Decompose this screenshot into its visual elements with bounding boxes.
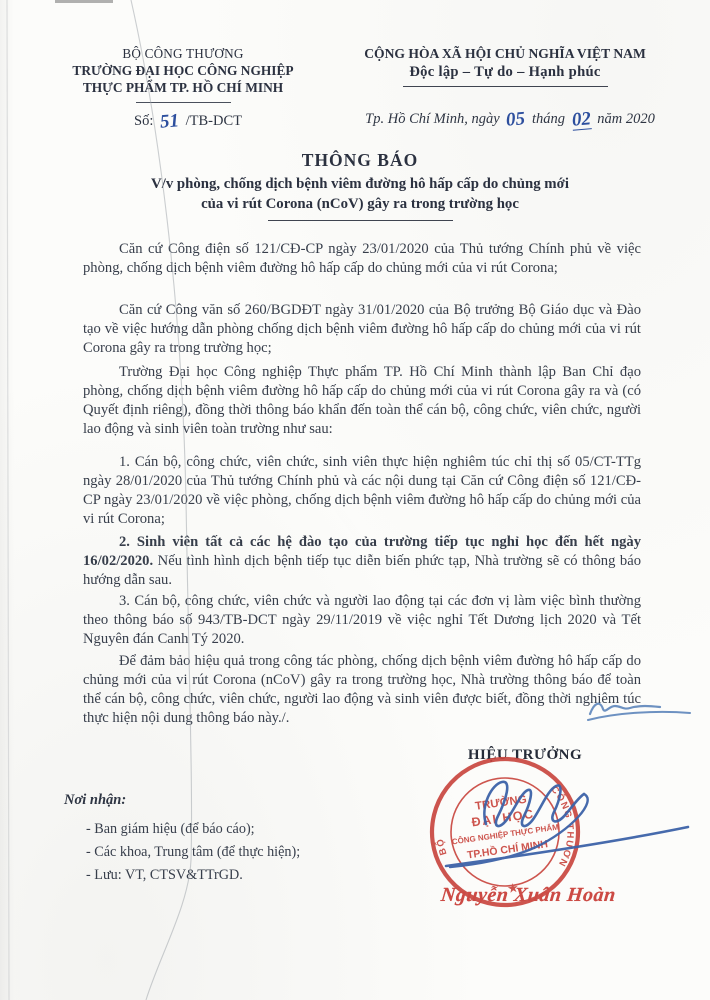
item-2-regular-text: Nếu tình hình dịch bệnh tiếp tục diễn bi… bbox=[83, 553, 641, 588]
issuer-block: BỘ CÔNG THƯƠNG TRƯỜNG ĐẠI HỌC CÔNG NGHIỆ… bbox=[52, 46, 314, 103]
number-label: Số: bbox=[134, 113, 153, 129]
number-suffix: /TB-DCT bbox=[186, 113, 242, 129]
recipient-item: - Ban giám hiệu (để báo cáo); bbox=[86, 818, 300, 841]
republic-name: CỘNG HÒA XÃ HỘI CHỦ NGHĨA VIỆT NAM bbox=[330, 46, 680, 62]
recipient-item: - Các khoa, Trung tâm (để thực hiện); bbox=[86, 841, 300, 864]
motto-divider bbox=[403, 86, 608, 87]
page-edge-line bbox=[7, 0, 9, 1000]
handwritten-number: 51 bbox=[159, 111, 180, 132]
handwritten-day: 05 bbox=[506, 109, 527, 130]
paragraph-basis-1: Căn cứ Công điện số 121/CĐ-CP ngày 23/01… bbox=[83, 240, 641, 278]
pen-initial-mark bbox=[586, 698, 694, 726]
document-subject-line1: V/v phòng, chống dịch bệnh viêm đường hô… bbox=[80, 175, 640, 195]
paragraph-item-1: 1. Cán bộ, công chức, viên chức, sinh vi… bbox=[83, 453, 641, 529]
issuer-divider bbox=[136, 102, 231, 103]
signer-name: Nguyễn Xuân Hoàn bbox=[440, 884, 617, 907]
ministry-name: BỘ CÔNG THƯƠNG bbox=[52, 46, 314, 62]
recipient-item: - Lưu: VT, CTSV&TTrGD. bbox=[86, 864, 300, 887]
university-name-line1: TRƯỜNG ĐẠI HỌC CÔNG NGHIỆP bbox=[52, 63, 314, 79]
paragraph-basis-2: Căn cứ Công văn số 260/BGDĐT ngày 31/01/… bbox=[83, 301, 641, 358]
national-header: CỘNG HÒA XÃ HỘI CHỦ NGHĨA VIỆT NAM Độc l… bbox=[330, 46, 680, 87]
date-mid: tháng bbox=[532, 111, 565, 127]
document-subject-line2: của vi rút Corona (nCoV) gây ra trong tr… bbox=[80, 195, 640, 215]
paragraph-closing: Để đảm bảo hiệu quả trong công tác phòng… bbox=[83, 652, 641, 728]
handwritten-month: 02 bbox=[571, 109, 592, 131]
date-line: Tp. Hồ Chí Minh, ngày 05 tháng 02 năm 20… bbox=[336, 110, 684, 130]
paragraph-item-2: 2. Sinh viên tất cả các hệ đào tạo của t… bbox=[83, 533, 641, 590]
signature-strokes bbox=[430, 755, 700, 880]
document-page: BỘ CÔNG THƯƠNG TRƯỜNG ĐẠI HỌC CÔNG NGHIỆ… bbox=[0, 0, 710, 1000]
document-title: THÔNG BÁO bbox=[80, 150, 640, 171]
date-prefix: Tp. Hồ Chí Minh, ngày bbox=[365, 111, 500, 127]
date-suffix: năm 2020 bbox=[597, 111, 655, 127]
document-number: Số: 51 /TB-DCT bbox=[134, 112, 242, 131]
scan-edge-mark bbox=[55, 0, 113, 3]
paragraph-item-3: 3. Cán bộ, công chức, viên chức và người… bbox=[83, 592, 641, 649]
paragraph-intro: Trường Đại học Công nghiệp Thực phẩm TP.… bbox=[83, 363, 641, 439]
title-block: THÔNG BÁO V/v phòng, chống dịch bệnh viê… bbox=[80, 150, 640, 221]
national-motto: Độc lập – Tự do – Hạnh phúc bbox=[330, 64, 680, 81]
recipients-label: Nơi nhận: bbox=[64, 792, 126, 809]
title-divider bbox=[268, 220, 453, 221]
recipients-list: - Ban giám hiệu (để báo cáo); - Các khoa… bbox=[86, 818, 300, 887]
university-name-line2: THỰC PHẨM TP. HỒ CHÍ MINH bbox=[52, 80, 314, 96]
